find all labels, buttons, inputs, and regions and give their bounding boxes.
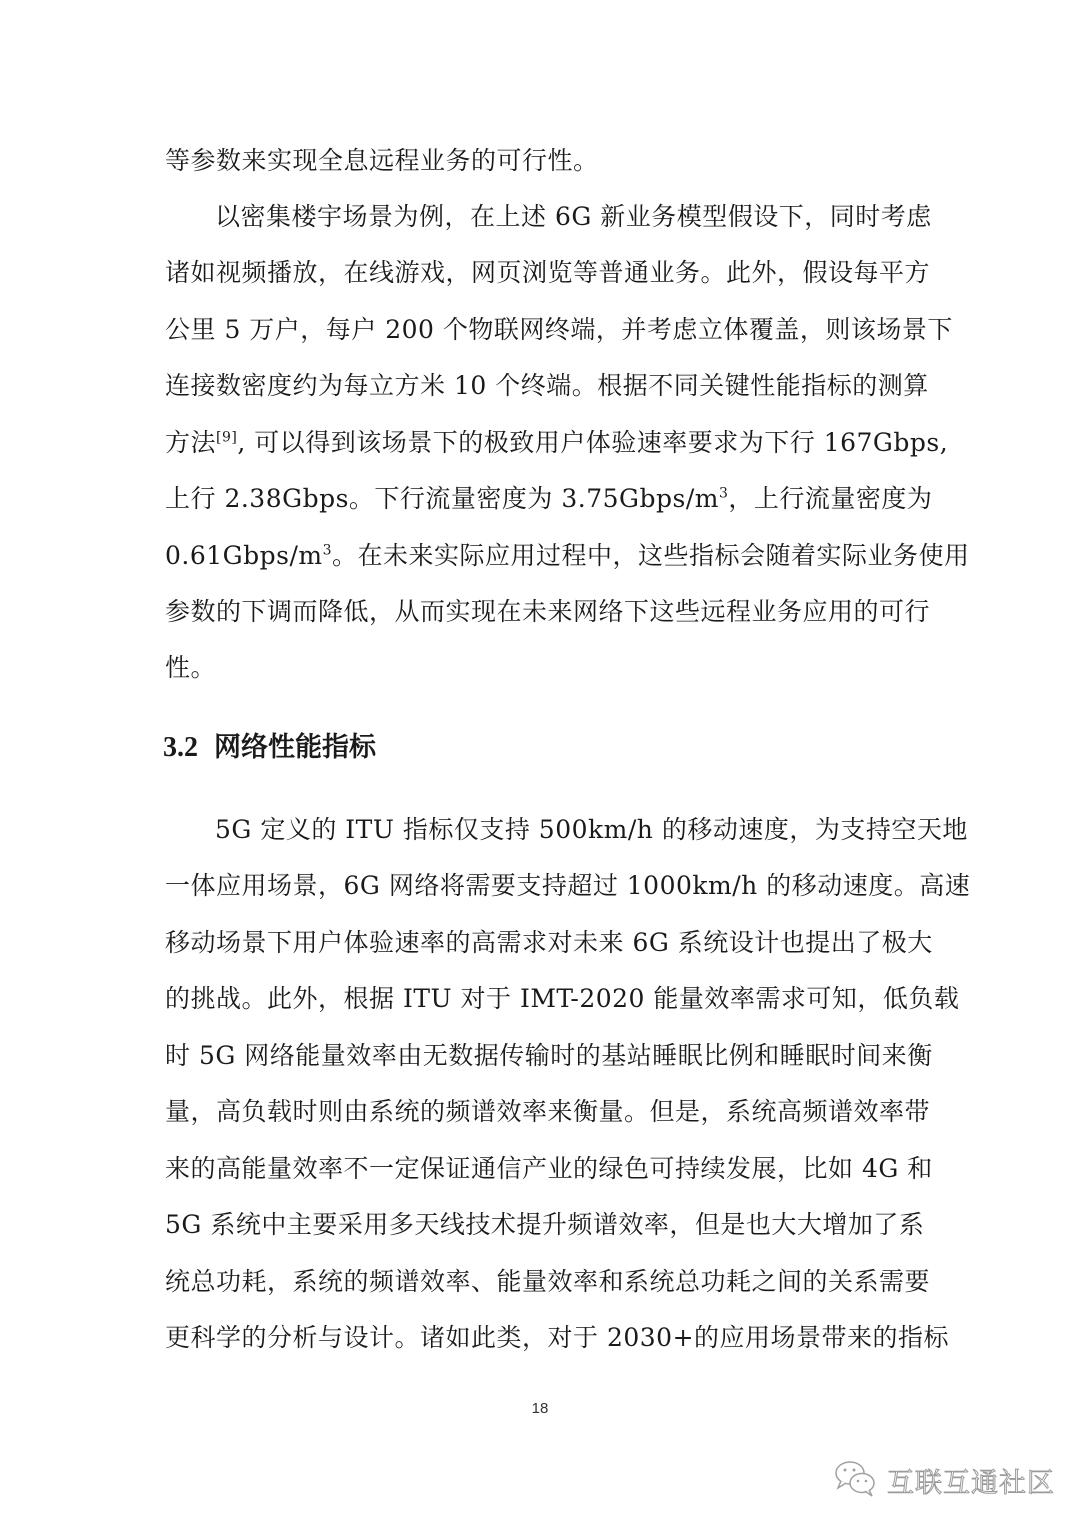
paragraph-line: 一体应用场景，6G 网络将需要支持超过 1000km/h 的移动速度。高速 — [165, 866, 917, 906]
text: , 可以得到该场景下的极致用户体验速率要求为下行 167Gbps, — [237, 428, 948, 457]
superscript: 3 — [719, 486, 728, 502]
paragraph-line: 上行 2.38Gbps。下行流量密度为 3.75Gbps/m3，上行流量密度为 — [165, 479, 917, 519]
paragraph-line: 公里 5 万户，每户 200 个物联网终端，并考虑立体覆盖，则该场景下 — [165, 310, 917, 350]
paragraph-line: 性。 — [165, 648, 917, 688]
paragraph-line: 以密集楼宇场景为例，在上述 6G 新业务模型假设下，同时考虑 — [215, 197, 917, 237]
paragraph-line: 量，高负载时则由系统的频谱效率来衡量。但是，系统高频谱效率带 — [165, 1092, 917, 1132]
paragraph-line: 统总功耗，系统的频谱效率、能量效率和系统总功耗之间的关系需要 — [165, 1262, 917, 1302]
page-number: 18 — [0, 1400, 1080, 1417]
citation-reference: [9] — [216, 430, 237, 446]
watermark: 互联互通社区 — [833, 1458, 1055, 1502]
paragraph-line: 的挑战。此外，根据 ITU 对于 IMT-2020 能量效率需求可知，低负载 — [165, 979, 917, 1019]
superscript: 3 — [323, 543, 332, 559]
paragraph-line: 0.61Gbps/m3。在未来实际应用过程中，这些指标会随着实际业务使用 — [165, 536, 917, 576]
document-page: 等参数来实现全息远程业务的可行性。 以密集楼宇场景为例，在上述 6G 新业务模型… — [0, 0, 1080, 1526]
wechat-icon — [833, 1458, 879, 1502]
paragraph-line: 移动场景下用户体验速率的高需求对未来 6G 系统设计也提出了极大 — [165, 923, 917, 963]
text: 0.61Gbps/m — [165, 541, 323, 570]
paragraph-line: 更科学的分析与设计。诸如此类，对于 2030+的应用场景带来的指标 — [165, 1318, 917, 1358]
text: 上行 2.38Gbps。下行流量密度为 3.75Gbps/m — [165, 484, 719, 513]
paragraph-line-with-citation: 方法[9], 可以得到该场景下的极致用户体验速率要求为下行 167Gbps, — [165, 423, 917, 463]
text: ，上行流量密度为 — [728, 484, 932, 513]
paragraph-line: 连接数密度约为每立方米 10 个终端。根据不同关键性能指标的测算 — [165, 366, 917, 406]
text: 方法 — [165, 428, 216, 457]
paragraph-line: 5G 系统中主要采用多天线技术提升频谱效率，但是也大大增加了系 — [165, 1205, 917, 1245]
paragraph-line: 参数的下调而降低，从而实现在未来网络下这些远程业务应用的可行 — [165, 592, 917, 632]
text: 。在未来实际应用过程中，这些指标会随着实际业务使用 — [332, 541, 970, 570]
paragraph-line: 时 5G 网络能量效率由无数据传输时的基站睡眠比例和睡眠时间来衡 — [165, 1036, 917, 1076]
paragraph-line: 诸如视频播放，在线游戏，网页浏览等普通业务。此外，假设每平方 — [165, 253, 917, 293]
watermark-text: 互联互通社区 — [887, 1461, 1055, 1500]
section-title: 网络性能指标 — [214, 732, 376, 763]
section-heading: 3.2网络性能指标 — [163, 728, 376, 768]
section-number: 3.2 — [163, 732, 198, 763]
paragraph-line: 等参数来实现全息远程业务的可行性。 — [165, 141, 917, 181]
paragraph-line: 5G 定义的 ITU 指标仅支持 500km/h 的移动速度，为支持空天地 — [215, 810, 917, 850]
paragraph-line: 来的高能量效率不一定保证通信产业的绿色可持续发展，比如 4G 和 — [165, 1149, 917, 1189]
